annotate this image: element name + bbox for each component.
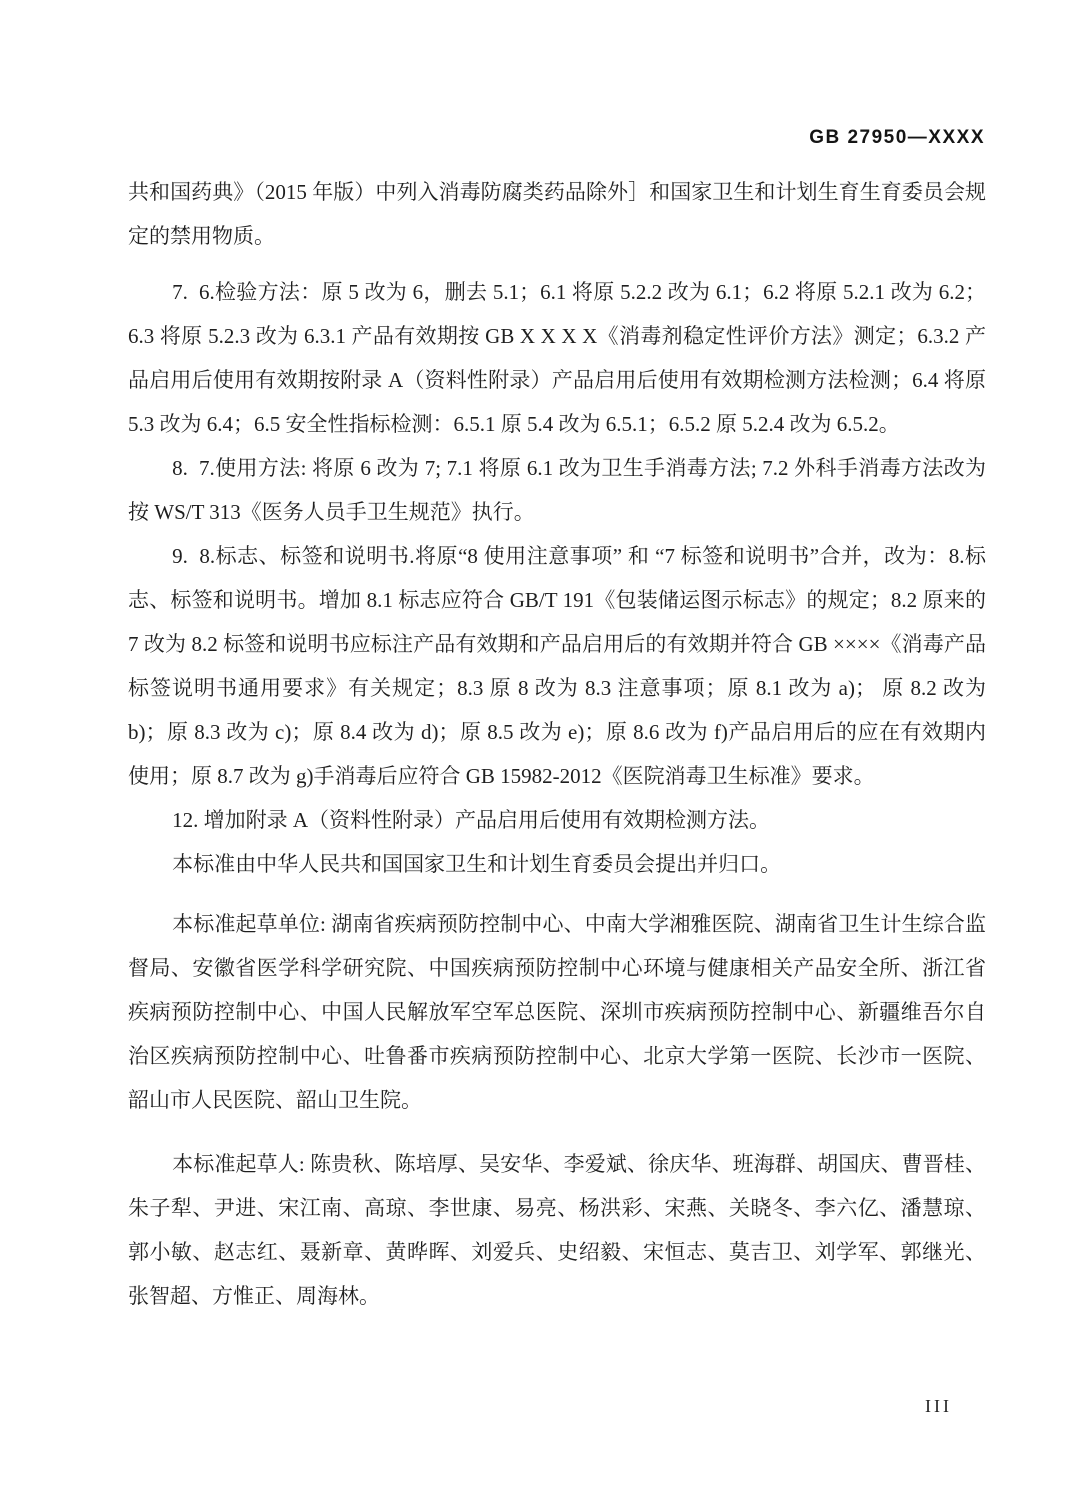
page-number-value: III: [925, 1396, 952, 1416]
page-header: GB 27950—XXXX: [809, 127, 985, 149]
paragraph-item-9: 9. 8.标志、标签和说明书.将原“8 使用注意事项” 和 “7 标签和说明书”…: [128, 534, 986, 798]
paragraph-drafting-organizations: 本标准起草单位: 湖南省疾病预防控制中心、中南大学湘雅医院、湖南省卫生计生综合监…: [128, 902, 986, 1122]
paragraph-item-12: 12. 增加附录 A（资料性附录）产品启用后使用有效期检测方法。: [128, 798, 986, 842]
standard-number: GB 27950—XXXX: [809, 127, 985, 148]
paragraph-item-8: 8. 7.使用方法: 将原 6 改为 7; 7.1 将原 6.1 改为卫生手消毒…: [128, 446, 986, 534]
document-body: 共和国药典》（2015 年版）中列入消毒防腐类药品除外］和国家卫生和计划生育生育…: [128, 170, 986, 1318]
paragraph-item-7: 7. 6.检验方法：原 5 改为 6，删去 5.1；6.1 将原 5.2.2 改…: [128, 270, 986, 446]
document-page: GB 27950—XXXX 共和国药典》（2015 年版）中列入消毒防腐类药品除…: [0, 0, 1080, 1493]
page-number: III: [925, 1396, 952, 1417]
paragraph-centralized-by: 本标准由中华人民共和国国家卫生和计划生育委员会提出并归口。: [128, 842, 986, 886]
paragraph-drafters: 本标准起草人: 陈贵秋、陈培厚、吴安华、李爱斌、徐庆华、班海群、胡国庆、曹晋桂、…: [128, 1142, 986, 1318]
paragraph-continuation: 共和国药典》（2015 年版）中列入消毒防腐类药品除外］和国家卫生和计划生育生育…: [128, 170, 986, 258]
